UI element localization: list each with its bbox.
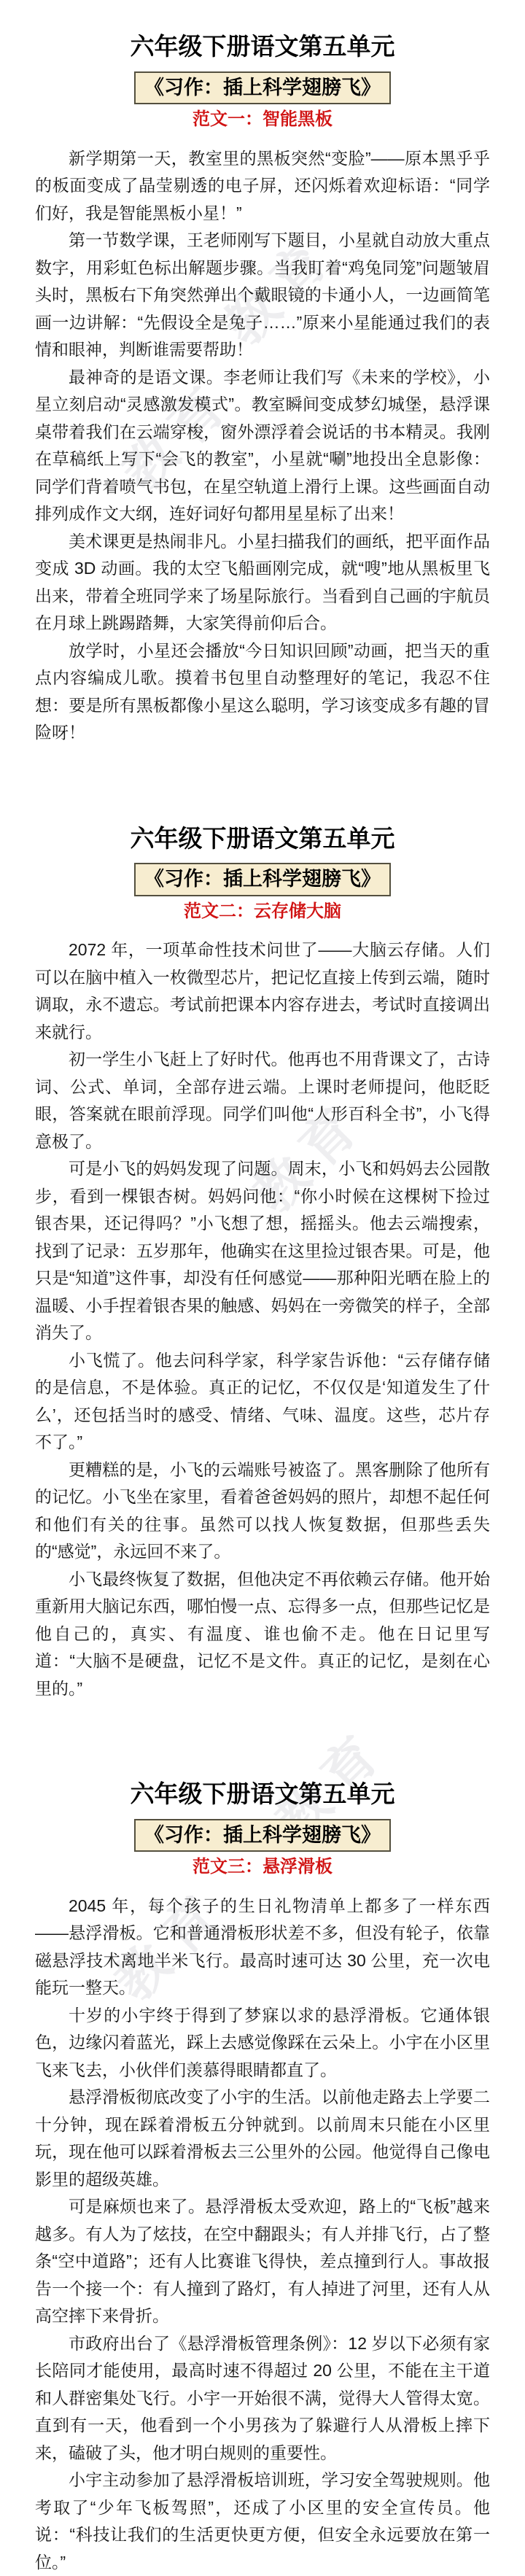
- essay-section-3: 六年级下册语文第五单元 《习作：插上科学翅膀飞》 范文三：悬浮滑板 2045 年…: [0, 1781, 525, 2576]
- unit-title: 六年级下册语文第五单元: [35, 1781, 490, 1810]
- essay-label-3: 范文三：悬浮滑板: [35, 1856, 490, 1879]
- paragraph: 小飞慌了。他去问科学家，科学家告诉他：“云存储存储的是信息，不是体验。真正的记忆…: [35, 1347, 490, 1456]
- paragraph: 可是小飞的妈妈发现了问题。周末，小飞和妈妈去公园散步，看到一棵银杏树。妈妈问他：…: [35, 1155, 490, 1347]
- assignment-title-box: 《习作：插上科学翅膀飞》: [134, 1819, 391, 1853]
- paragraph: 放学时，小星还会播放“今日知识回顾”动画，把当天的重点内容编成儿歌。摸着书包里自…: [35, 637, 490, 747]
- essay-label-1: 范文一：智能黑板: [35, 109, 490, 131]
- paragraph: 更糟糕的是，小飞的云端账号被盗了。黑客删除了他所有的记忆。小飞坐在家里，看着爸爸…: [35, 1456, 490, 1566]
- paragraph: 新学期第一天，教室里的黑板突然“变脸”——原本黑乎乎的板面变成了晶莹剔透的电子屏…: [35, 145, 490, 228]
- paragraph: 初一学生小飞赶上了好时代。他再也不用背课文了，古诗词、公式、单词，全部存进云端。…: [35, 1046, 490, 1155]
- paragraph: 小飞最终恢复了数据，但他决定不再依赖云存储。他开始重新用大脑记东西，哪怕慢一点、…: [35, 1566, 490, 1703]
- essay-section-2: 六年级下册语文第五单元 《习作：插上科学翅膀飞》 范文二：云存储大脑 2072 …: [0, 826, 525, 1703]
- essay-section-1: 六年级下册语文第五单元 《习作：插上科学翅膀飞》 范文一：智能黑板 新学期第一天…: [0, 0, 525, 747]
- assignment-title: 《习作：插上科学翅膀飞》: [144, 77, 381, 98]
- assignment-title: 《习作：插上科学翅膀飞》: [144, 868, 381, 890]
- paragraph: 第一节数学课，王老师刚写下题目，小星就自动放大重点数字，用彩虹色标出解题步骤。当…: [35, 227, 490, 364]
- assignment-title-box: 《习作：插上科学翅膀飞》: [134, 863, 391, 896]
- paragraph: 可是麻烦也来了。悬浮滑板太受欢迎，路上的“飞板”越来越多。有人为了炫技，在空中翻…: [35, 2193, 490, 2330]
- paragraph: 美术课更是热闹非凡。小星扫描我们的画纸，把平面作品变成 3D 动画。我的太空飞船…: [35, 528, 490, 637]
- worksheet-page: 教育 教育 教育 教育 教育 六年级下册语文第五单元 《习作：插上科学翅膀飞》 …: [0, 0, 525, 2576]
- paragraph: 2045 年，每个孩子的生日礼物清单上都多了一样东西——悬浮滑板。它和普通滑板形…: [35, 1893, 490, 2002]
- unit-title: 六年级下册语文第五单元: [35, 826, 490, 855]
- unit-title: 六年级下册语文第五单元: [35, 34, 490, 63]
- assignment-title: 《习作：插上科学翅膀飞》: [144, 1824, 381, 1846]
- paragraph: 十岁的小宇终于得到了梦寐以求的悬浮滑板。它通体银色，边缘闪着蓝光，踩上去感觉像踩…: [35, 2002, 490, 2084]
- assignment-title-box: 《习作：插上科学翅膀飞》: [134, 71, 391, 105]
- paragraph: 最神奇的是语文课。李老师让我们写《未来的学校》，小星立刻启动“灵感激发模式”。教…: [35, 364, 490, 528]
- paragraph: 小宇主动参加了悬浮滑板培训班，学习安全驾驶规则。他考取了“少年飞板驾照”，还成了…: [35, 2467, 490, 2576]
- paragraph: 悬浮滑板彻底改变了小宇的生活。以前他走路去上学要二十分钟，现在踩着滑板五分钟就到…: [35, 2084, 490, 2193]
- paragraph: 2072 年，一项革命性技术问世了——大脑云存储。人们可以在脑中植入一枚微型芯片…: [35, 936, 490, 1046]
- essay-label-2: 范文二：云存储大脑: [35, 901, 490, 923]
- paragraph: 市政府出台了《悬浮滑板管理条例》：12 岁以下必须有家长陪同才能使用，最高时速不…: [35, 2330, 490, 2467]
